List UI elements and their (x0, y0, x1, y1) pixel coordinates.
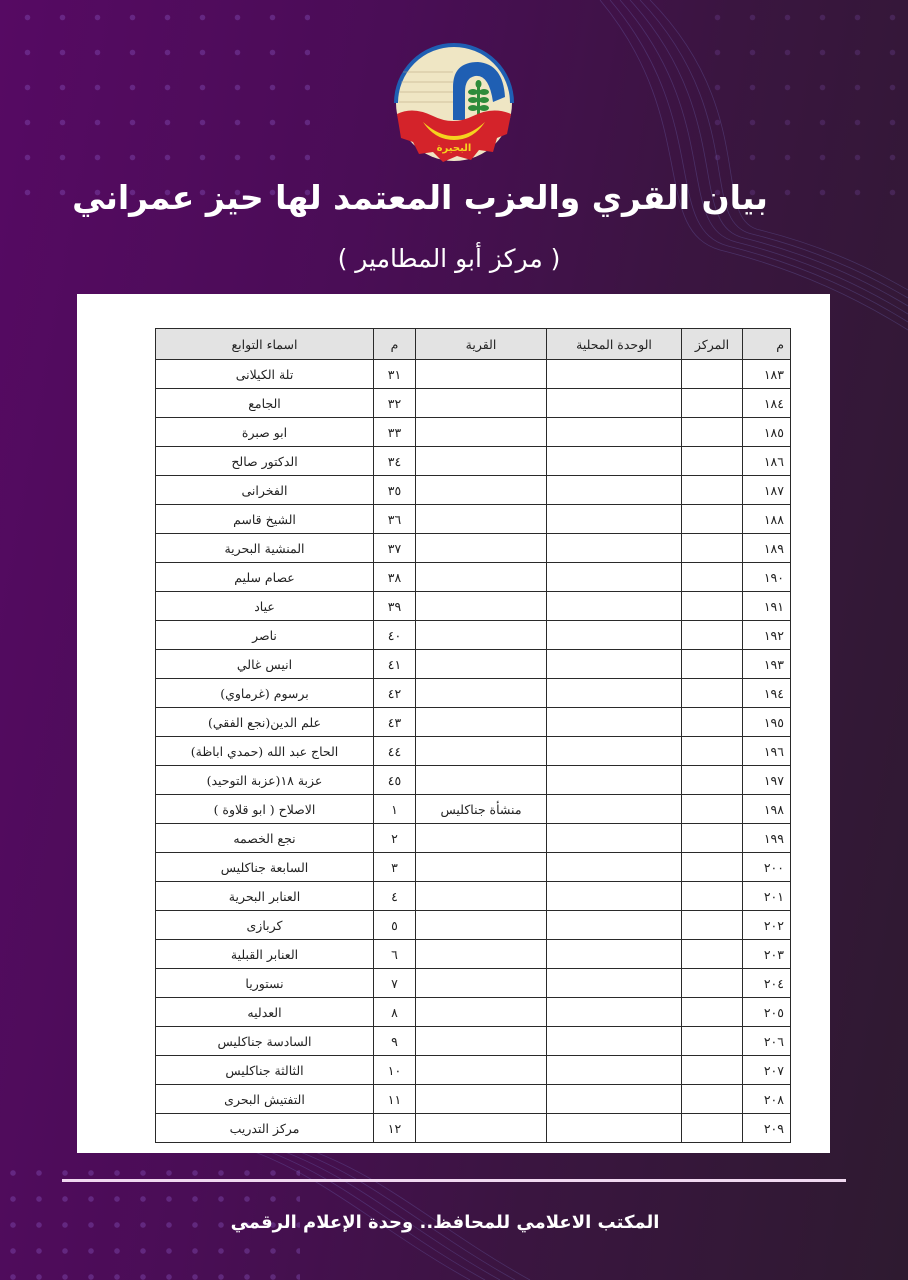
cell-local-unit (547, 853, 682, 882)
footer-divider (62, 1179, 846, 1182)
cell-dependent-name: كربازى (156, 911, 374, 940)
cell-village (416, 882, 547, 911)
cell-sub-serial: ٤١ (374, 650, 416, 679)
column-header-serial: م (743, 329, 791, 360)
cell-serial: ١٩٠ (743, 563, 791, 592)
cell-village (416, 969, 547, 998)
cell-dependent-name: الفخرانى (156, 476, 374, 505)
cell-serial: ٢٠١ (743, 882, 791, 911)
table-row: ١٨٣٣١تلة الكيلانى (156, 360, 791, 389)
cell-local-unit (547, 940, 682, 969)
footer-credit: المكتب الاعلامي للمحافظ.. وحدة الإعلام ا… (0, 1212, 890, 1233)
cell-dependent-name: تلة الكيلانى (156, 360, 374, 389)
cell-serial: ٢٠٢ (743, 911, 791, 940)
cell-local-unit (547, 1114, 682, 1143)
cell-dependent-name: علم الدين(نجع الفقي) (156, 708, 374, 737)
cell-dependent-name: مركز التدريب (156, 1114, 374, 1143)
cell-sub-serial: ٣٥ (374, 476, 416, 505)
cell-serial: ٢٠٥ (743, 998, 791, 1027)
cell-local-unit (547, 969, 682, 998)
cell-village (416, 418, 547, 447)
cell-sub-serial: ٤٢ (374, 679, 416, 708)
cell-markaz (682, 940, 743, 969)
cell-village (416, 360, 547, 389)
cell-serial: ١٩٤ (743, 679, 791, 708)
table-row: ٢٠٠٣السابعة جناكليس (156, 853, 791, 882)
cell-dependent-name: الجامع (156, 389, 374, 418)
cell-serial: ١٩٥ (743, 708, 791, 737)
cell-sub-serial: ٢ (374, 824, 416, 853)
cell-local-unit (547, 1085, 682, 1114)
table-row: ١٩٧٤٥عزبة ١٨(عزبة التوحيد) (156, 766, 791, 795)
page-title: بيان القري والعزب المعتمد لها حيز عمراني (0, 178, 840, 217)
cell-village (416, 621, 547, 650)
cell-sub-serial: ١١ (374, 1085, 416, 1114)
cell-local-unit (547, 882, 682, 911)
cell-sub-serial: ٣٧ (374, 534, 416, 563)
cell-local-unit (547, 476, 682, 505)
table-row: ٢٠٥٨العدليه (156, 998, 791, 1027)
cell-serial: ١٩٣ (743, 650, 791, 679)
table-row: ١٩١٣٩عياد (156, 592, 791, 621)
column-header-local-unit: الوحدة المحلية (547, 329, 682, 360)
cell-markaz (682, 998, 743, 1027)
cell-dependent-name: الشيخ قاسم (156, 505, 374, 534)
cell-markaz (682, 737, 743, 766)
cell-village (416, 824, 547, 853)
cell-serial: ٢٠٩ (743, 1114, 791, 1143)
table-row: ١٨٦٣٤الدكتور صالح (156, 447, 791, 476)
cell-markaz (682, 824, 743, 853)
table-row: ٢٠٧١٠الثالثة جناكليس (156, 1056, 791, 1085)
cell-village (416, 911, 547, 940)
cell-local-unit (547, 737, 682, 766)
cell-local-unit (547, 679, 682, 708)
cell-markaz (682, 476, 743, 505)
cell-dependent-name: نستوريا (156, 969, 374, 998)
table-header-row: م المركز الوحدة المحلية القرية م اسماء ا… (156, 329, 791, 360)
cell-dependent-name: العنابر القبلية (156, 940, 374, 969)
cell-markaz (682, 563, 743, 592)
cell-village (416, 940, 547, 969)
cell-local-unit (547, 360, 682, 389)
column-header-dependents: اسماء التوابع (156, 329, 374, 360)
cell-markaz (682, 1114, 743, 1143)
cell-village (416, 505, 547, 534)
cell-village (416, 650, 547, 679)
cell-sub-serial: ١٢ (374, 1114, 416, 1143)
table-row: ٢٠٤٧نستوريا (156, 969, 791, 998)
cell-local-unit (547, 447, 682, 476)
cell-markaz (682, 592, 743, 621)
cell-village (416, 679, 547, 708)
cell-serial: ١٨٩ (743, 534, 791, 563)
table-row: ١٩٥٤٣علم الدين(نجع الفقي) (156, 708, 791, 737)
cell-sub-serial: ٤٤ (374, 737, 416, 766)
decorative-dot-grid (700, 0, 908, 200)
cell-sub-serial: ٣٩ (374, 592, 416, 621)
cell-sub-serial: ٣٢ (374, 389, 416, 418)
cell-village (416, 534, 547, 563)
cell-serial: ٢٠٣ (743, 940, 791, 969)
cell-serial: ٢٠٨ (743, 1085, 791, 1114)
cell-markaz (682, 534, 743, 563)
cell-local-unit (547, 911, 682, 940)
cell-dependent-name: ناصر (156, 621, 374, 650)
column-header-village: القرية (416, 329, 547, 360)
cell-markaz (682, 882, 743, 911)
table-row: ١٩٦٤٤الحاج عبد الله (حمدي اباظة) (156, 737, 791, 766)
cell-serial: ١٨٣ (743, 360, 791, 389)
cell-sub-serial: ٣٨ (374, 563, 416, 592)
cell-village (416, 766, 547, 795)
cell-village (416, 476, 547, 505)
cell-village (416, 708, 547, 737)
cell-markaz (682, 1056, 743, 1085)
cell-serial: ١٩٢ (743, 621, 791, 650)
cell-village (416, 592, 547, 621)
table-row: ٢٠٦٩السادسة جناكليس (156, 1027, 791, 1056)
table-row: ١٩٢٤٠ناصر (156, 621, 791, 650)
table-row: ١٩٣٤١انيس غالي (156, 650, 791, 679)
table-row: ٢٠٢٥كربازى (156, 911, 791, 940)
cell-sub-serial: ٤٥ (374, 766, 416, 795)
cell-village (416, 447, 547, 476)
cell-sub-serial: ٥ (374, 911, 416, 940)
cell-serial: ١٨٤ (743, 389, 791, 418)
cell-sub-serial: ٣٣ (374, 418, 416, 447)
cell-sub-serial: ٣١ (374, 360, 416, 389)
cell-village: منشأة جناكليس (416, 795, 547, 824)
cell-serial: ١٨٥ (743, 418, 791, 447)
cell-village (416, 1027, 547, 1056)
cell-sub-serial: ٩ (374, 1027, 416, 1056)
cell-local-unit (547, 505, 682, 534)
cell-village (416, 737, 547, 766)
cell-serial: ١٩٨ (743, 795, 791, 824)
cell-serial: ١٩٦ (743, 737, 791, 766)
cell-local-unit (547, 592, 682, 621)
cell-markaz (682, 969, 743, 998)
cell-local-unit (547, 824, 682, 853)
cell-village (416, 853, 547, 882)
cell-sub-serial: ٤٠ (374, 621, 416, 650)
cell-serial: ١٨٦ (743, 447, 791, 476)
cell-serial: ٢٠٤ (743, 969, 791, 998)
cell-local-unit (547, 389, 682, 418)
decorative-dot-grid (10, 0, 310, 200)
table-row: ٢٠١٤العنابر البحرية (156, 882, 791, 911)
cell-markaz (682, 505, 743, 534)
cell-markaz (682, 389, 743, 418)
cell-serial: ٢٠٦ (743, 1027, 791, 1056)
cell-sub-serial: ٨ (374, 998, 416, 1027)
cell-markaz (682, 1085, 743, 1114)
cell-markaz (682, 708, 743, 737)
cell-dependent-name: الدكتور صالح (156, 447, 374, 476)
table-row: ١٨٥٣٣ابو صبرة (156, 418, 791, 447)
cell-dependent-name: عصام سليم (156, 563, 374, 592)
cell-markaz (682, 1027, 743, 1056)
cell-markaz (682, 650, 743, 679)
villages-table: م المركز الوحدة المحلية القرية م اسماء ا… (155, 328, 791, 1143)
cell-village (416, 389, 547, 418)
cell-village (416, 998, 547, 1027)
table-row: ١٩٩٢نجع الخصمه (156, 824, 791, 853)
cell-dependent-name: السابعة جناكليس (156, 853, 374, 882)
table-row: ٢٠٨١١التفتيش البحرى (156, 1085, 791, 1114)
page-subtitle: ( مركز أبو المطامير ) (0, 244, 898, 273)
cell-village (416, 1114, 547, 1143)
cell-dependent-name: عزبة ١٨(عزبة التوحيد) (156, 766, 374, 795)
cell-dependent-name: الاصلاح ( ابو قلاوة ) (156, 795, 374, 824)
table-row: ١٩٤٤٢برسوم (غرماوي) (156, 679, 791, 708)
cell-sub-serial: ٤ (374, 882, 416, 911)
cell-sub-serial: ٣٦ (374, 505, 416, 534)
cell-village (416, 563, 547, 592)
column-header-sub-serial: م (374, 329, 416, 360)
cell-dependent-name: الثالثة جناكليس (156, 1056, 374, 1085)
cell-dependent-name: العدليه (156, 998, 374, 1027)
table-row: ١٨٤٣٢الجامع (156, 389, 791, 418)
table-row: ١٨٩٣٧المنشية البحرية (156, 534, 791, 563)
column-header-markaz: المركز (682, 329, 743, 360)
cell-local-unit (547, 621, 682, 650)
table-row: ١٨٨٣٦الشيخ قاسم (156, 505, 791, 534)
cell-sub-serial: ٣٤ (374, 447, 416, 476)
cell-markaz (682, 766, 743, 795)
cell-markaz (682, 853, 743, 882)
cell-sub-serial: ٧ (374, 969, 416, 998)
table-row: ١٩٠٣٨عصام سليم (156, 563, 791, 592)
cell-markaz (682, 418, 743, 447)
cell-dependent-name: الحاج عبد الله (حمدي اباظة) (156, 737, 374, 766)
cell-dependent-name: برسوم (غرماوي) (156, 679, 374, 708)
cell-markaz (682, 679, 743, 708)
beheira-governorate-logo: البحيرة (393, 42, 515, 164)
cell-dependent-name: المنشية البحرية (156, 534, 374, 563)
cell-local-unit (547, 708, 682, 737)
cell-sub-serial: ٦ (374, 940, 416, 969)
cell-dependent-name: نجع الخصمه (156, 824, 374, 853)
cell-dependent-name: العنابر البحرية (156, 882, 374, 911)
cell-dependent-name: عياد (156, 592, 374, 621)
cell-dependent-name: ابو صبرة (156, 418, 374, 447)
cell-serial: ١٩٩ (743, 824, 791, 853)
cell-local-unit (547, 1027, 682, 1056)
cell-local-unit (547, 998, 682, 1027)
cell-dependent-name: انيس غالي (156, 650, 374, 679)
logo-caption: البحيرة (437, 143, 472, 154)
table-row: ١٩٨منشأة جناكليس١الاصلاح ( ابو قلاوة ) (156, 795, 791, 824)
cell-village (416, 1056, 547, 1085)
cell-markaz (682, 911, 743, 940)
cell-sub-serial: ٣ (374, 853, 416, 882)
table-row: ٢٠٩١٢مركز التدريب (156, 1114, 791, 1143)
cell-local-unit (547, 563, 682, 592)
cell-local-unit (547, 534, 682, 563)
table-row: ٢٠٣٦العنابر القبلية (156, 940, 791, 969)
cell-serial: ٢٠٠ (743, 853, 791, 882)
cell-sub-serial: ١ (374, 795, 416, 824)
cell-serial: ١٩٧ (743, 766, 791, 795)
cell-dependent-name: التفتيش البحرى (156, 1085, 374, 1114)
cell-markaz (682, 447, 743, 476)
cell-local-unit (547, 1056, 682, 1085)
cell-serial: ٢٠٧ (743, 1056, 791, 1085)
cell-local-unit (547, 795, 682, 824)
cell-serial: ١٩١ (743, 592, 791, 621)
cell-serial: ١٨٨ (743, 505, 791, 534)
cell-dependent-name: السادسة جناكليس (156, 1027, 374, 1056)
cell-sub-serial: ٤٣ (374, 708, 416, 737)
cell-village (416, 1085, 547, 1114)
cell-markaz (682, 360, 743, 389)
cell-markaz (682, 795, 743, 824)
cell-serial: ١٨٧ (743, 476, 791, 505)
cell-sub-serial: ١٠ (374, 1056, 416, 1085)
table-row: ١٨٧٣٥الفخرانى (156, 476, 791, 505)
cell-markaz (682, 621, 743, 650)
cell-local-unit (547, 766, 682, 795)
cell-local-unit (547, 650, 682, 679)
document-panel: م المركز الوحدة المحلية القرية م اسماء ا… (77, 294, 830, 1153)
cell-local-unit (547, 418, 682, 447)
